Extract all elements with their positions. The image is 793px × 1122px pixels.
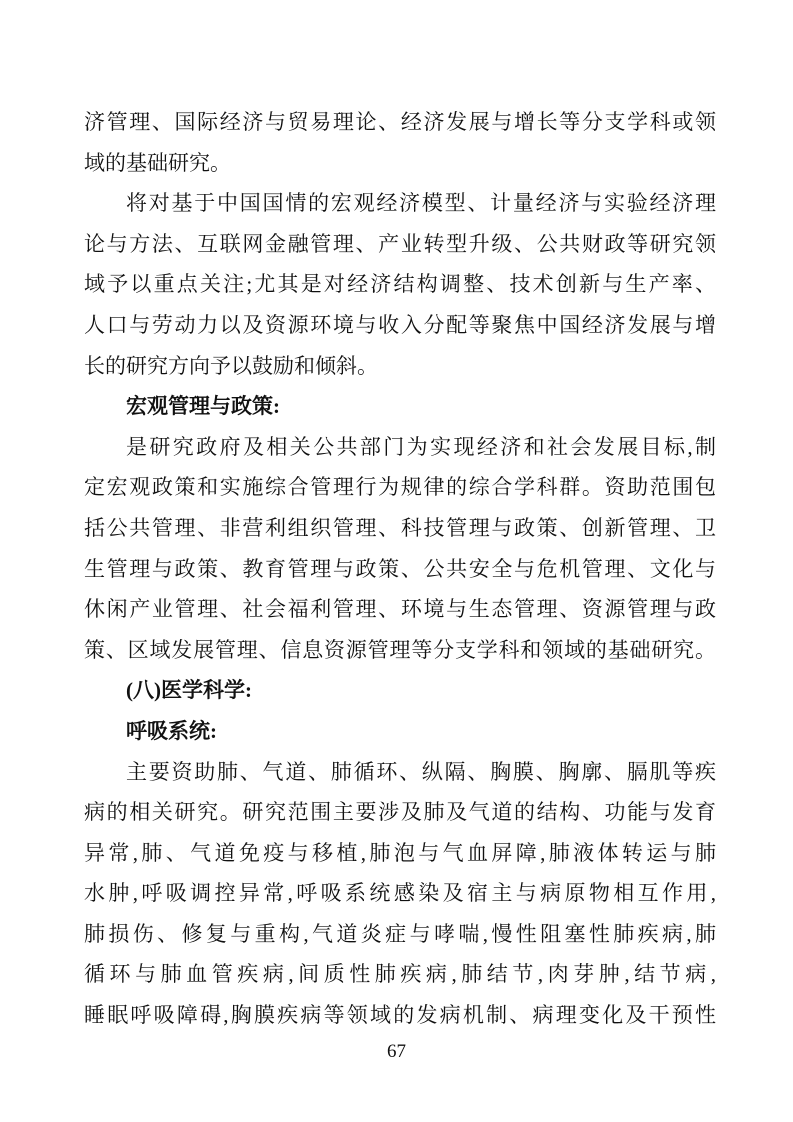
section-heading-medical-science: (八)医学科学: (84, 670, 716, 711)
text-line: 主要资助肺、气道、肺循环、纵隔、胸膜、胸廓、膈肌等疾 (84, 752, 716, 793)
text-line: 域的基础研究。 (84, 143, 716, 184)
text-line: 生管理与政策、教育管理与政策、公共安全与危机管理、文化与 (84, 549, 716, 590)
page-number: 67 (0, 1040, 793, 1064)
text-line: 济管理、国际经济与贸易理论、经济发展与增长等分支学科或领 (84, 102, 716, 143)
text-line: 论与方法、互联网金融管理、产业转型升级、公共财政等研究领 (84, 224, 716, 265)
document-page: 济管理、国际经济与贸易理论、经济发展与增长等分支学科或领 域的基础研究。 将对基… (0, 0, 793, 1122)
text-line: 是研究政府及相关公共部门为实现经济和社会发展目标,制 (84, 427, 716, 468)
text-line: 域予以重点关注;尤其是对经济结构调整、技术创新与生产率、 (84, 264, 716, 305)
section-heading-respiratory-system: 呼吸系统: (84, 711, 716, 752)
text-line: 长的研究方向予以鼓励和倾斜。 (84, 346, 716, 387)
text-line: 睡眠呼吸障碍,胸膜疾病等领域的发病机制、病理变化及干预性 (84, 995, 716, 1036)
text-line: 人口与劳动力以及资源环境与收入分配等聚焦中国经济发展与增 (84, 305, 716, 346)
text-line: 策、区域发展管理、信息资源管理等分支学科和领域的基础研究。 (84, 630, 716, 671)
section-heading-macro-management: 宏观管理与政策: (84, 386, 716, 427)
text-line: 循环与肺血管疾病,间质性肺疾病,肺结节,肉芽肿,结节病, (84, 954, 716, 995)
text-line: 将对基于中国国情的宏观经济模型、计量经济与实验经济理 (84, 183, 716, 224)
text-line: 括公共管理、非营利组织管理、科技管理与政策、创新管理、卫 (84, 508, 716, 549)
text-line: 定宏观政策和实施综合管理行为规律的综合学科群。资助范围包 (84, 467, 716, 508)
text-line: 肺损伤、修复与重构,气道炎症与哮喘,慢性阻塞性肺疾病,肺 (84, 914, 716, 955)
text-line: 水肿,呼吸调控异常,呼吸系统感染及宿主与病原物相互作用, (84, 873, 716, 914)
text-line: 休闲产业管理、社会福利管理、环境与生态管理、资源管理与政 (84, 589, 716, 630)
text-line: 异常,肺、气道免疫与移植,肺泡与气血屏障,肺液体转运与肺 (84, 833, 716, 874)
text-line: 病的相关研究。研究范围主要涉及肺及气道的结构、功能与发育 (84, 792, 716, 833)
text-block: 济管理、国际经济与贸易理论、经济发展与增长等分支学科或领 域的基础研究。 将对基… (84, 102, 716, 1036)
